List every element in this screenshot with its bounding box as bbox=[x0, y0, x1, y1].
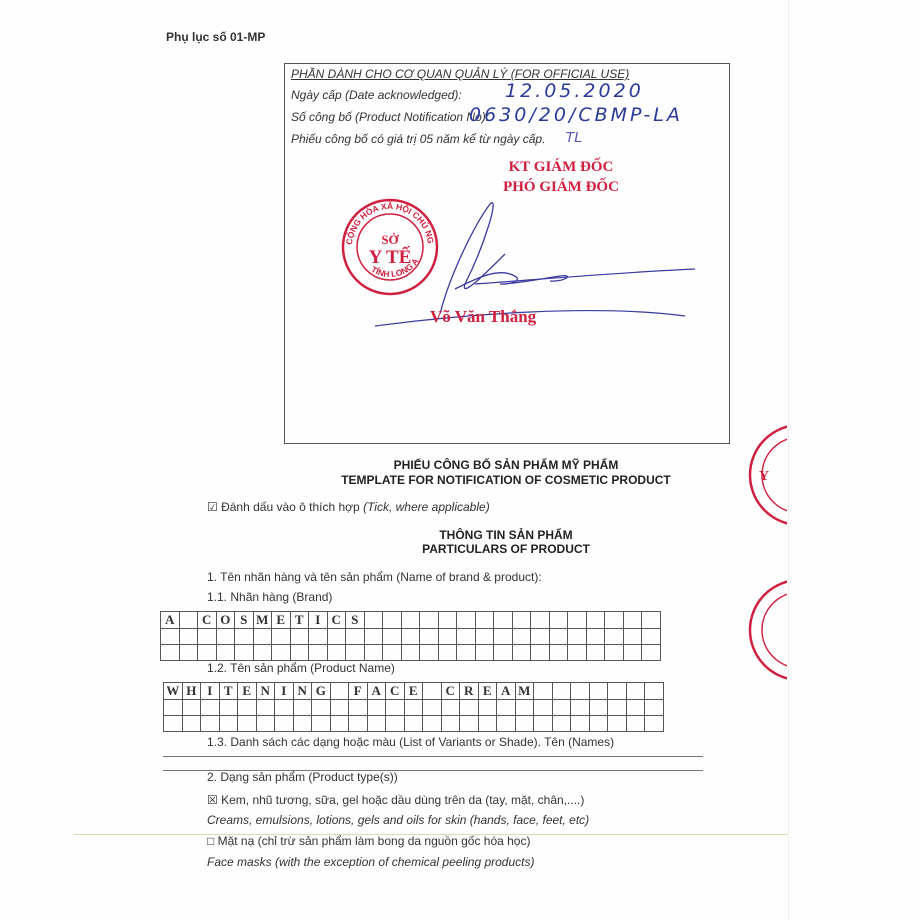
unchecked-box-icon: □ bbox=[207, 834, 214, 848]
grid-cell bbox=[534, 716, 553, 732]
question-1-label: 1. Tên nhãn hàng và tên sản phẩm (Name o… bbox=[207, 570, 542, 584]
grid-cell bbox=[238, 700, 257, 716]
grid-cell bbox=[349, 700, 368, 716]
grid-cell bbox=[571, 716, 590, 732]
grid-cell bbox=[383, 612, 402, 629]
grid-cell bbox=[367, 700, 386, 716]
grid-cell: H bbox=[182, 683, 201, 700]
grid-cell bbox=[494, 645, 513, 661]
grid-cell bbox=[198, 645, 217, 661]
document-page: Phụ lục số 01-MP PHẦN DÀNH CHO CƠ QUAN Q… bbox=[0, 0, 920, 920]
grid-cell bbox=[531, 645, 550, 661]
partial-seal-icon bbox=[745, 575, 787, 685]
grid-cell: I bbox=[201, 683, 220, 700]
grid-cell bbox=[201, 716, 220, 732]
grid-cell bbox=[534, 700, 553, 716]
product-type-option-masks: □ Mặt nạ (chỉ trừ sản phẩm làm bong da n… bbox=[207, 834, 530, 848]
official-use-heading: PHẦN DÀNH CHO CƠ QUAN QUẢN LÝ (FOR OFFIC… bbox=[291, 67, 629, 81]
grid-cell bbox=[364, 612, 383, 629]
grid-cell bbox=[441, 716, 460, 732]
grid-cell: C bbox=[441, 683, 460, 700]
grid-cell bbox=[497, 700, 516, 716]
grid-cell: S bbox=[346, 612, 365, 629]
grid-cell bbox=[586, 612, 605, 629]
grid-cell bbox=[330, 683, 349, 700]
grid-cell bbox=[364, 645, 383, 661]
grid-cell bbox=[179, 612, 198, 629]
grid-cell bbox=[549, 612, 568, 629]
grid-cell bbox=[478, 700, 497, 716]
grid-cell bbox=[626, 716, 645, 732]
grid-cell: T bbox=[290, 612, 309, 629]
grid-cell bbox=[645, 683, 664, 700]
grid-cell: O bbox=[216, 612, 235, 629]
grid-cell bbox=[219, 716, 238, 732]
grid-cell bbox=[164, 700, 183, 716]
grid-cell: M bbox=[253, 612, 272, 629]
grid-cell bbox=[494, 612, 513, 629]
grid-cell bbox=[531, 629, 550, 645]
grid-cell bbox=[571, 683, 590, 700]
grid-cell bbox=[512, 612, 531, 629]
grid-cell: N bbox=[293, 683, 312, 700]
grid-cell bbox=[330, 716, 349, 732]
grid-cell bbox=[312, 700, 331, 716]
grid-cell bbox=[179, 629, 198, 645]
grid-cell bbox=[642, 612, 661, 629]
grid-cell bbox=[346, 645, 365, 661]
grid-cell bbox=[568, 612, 587, 629]
grid-cell bbox=[346, 629, 365, 645]
grid-cell bbox=[290, 629, 309, 645]
product-type-option-creams: ☒ Kem, nhũ tương, sữa, gel hoặc dầu dùng… bbox=[207, 793, 584, 807]
official-use-box: PHẦN DÀNH CHO CƠ QUAN QUẢN LÝ (FOR OFFIC… bbox=[284, 63, 730, 444]
grid-cell bbox=[475, 645, 494, 661]
grid-cell bbox=[420, 645, 439, 661]
grid-cell bbox=[423, 716, 442, 732]
tick-note-vi: ☑ Đánh dấu vào ô thích hợp bbox=[207, 500, 360, 514]
signature-title-1: KT GIÁM ĐỐC bbox=[339, 159, 783, 176]
grid-cell bbox=[383, 629, 402, 645]
grid-cell: W bbox=[164, 683, 183, 700]
signer-name: Võ Văn Thắng bbox=[430, 307, 536, 327]
grid-cell bbox=[512, 629, 531, 645]
grid-cell bbox=[457, 629, 476, 645]
grid-cell bbox=[401, 612, 420, 629]
grid-cell bbox=[312, 716, 331, 732]
signature-icon bbox=[365, 184, 725, 334]
grid-cell bbox=[367, 716, 386, 732]
grid-cell bbox=[216, 629, 235, 645]
grid-cell bbox=[401, 645, 420, 661]
grid-cell bbox=[605, 629, 624, 645]
tick-note: ☑ Đánh dấu vào ô thích hợp (Tick, where … bbox=[207, 500, 490, 514]
validity-note: Phiếu công bố có giá trị 05 năm kể từ ng… bbox=[291, 132, 545, 146]
grid-cell bbox=[275, 716, 294, 732]
grid-cell: A bbox=[497, 683, 516, 700]
grid-cell bbox=[364, 629, 383, 645]
notification-number-value: 0630/20/CBMP-LA bbox=[469, 104, 683, 126]
grid-cell bbox=[549, 629, 568, 645]
grid-cell bbox=[238, 716, 257, 732]
grid-cell bbox=[438, 629, 457, 645]
grid-cell bbox=[198, 629, 217, 645]
grid-cell bbox=[256, 716, 275, 732]
grid-cell bbox=[623, 629, 642, 645]
option-label-en: Face masks (with the exception of chemic… bbox=[207, 855, 535, 869]
grid-cell bbox=[534, 683, 553, 700]
grid-cell bbox=[216, 645, 235, 661]
grid-cell bbox=[586, 645, 605, 661]
grid-cell bbox=[475, 612, 494, 629]
grid-cell bbox=[330, 700, 349, 716]
grid-cell bbox=[201, 700, 220, 716]
grid-cell bbox=[589, 716, 608, 732]
grid-cell bbox=[349, 716, 368, 732]
grid-cell bbox=[568, 645, 587, 661]
grid-cell bbox=[642, 645, 661, 661]
notification-number-label: Số công bố (Product Notification No): bbox=[291, 110, 489, 124]
grid-cell bbox=[401, 629, 420, 645]
option-label-en: Creams, emulsions, lotions, gels and oil… bbox=[207, 813, 589, 827]
appendix-label: Phụ lục số 01-MP bbox=[166, 30, 265, 44]
grid-cell bbox=[235, 645, 254, 661]
grid-cell bbox=[309, 629, 328, 645]
grid-cell: C bbox=[386, 683, 405, 700]
grid-cell bbox=[272, 645, 291, 661]
grid-cell bbox=[623, 645, 642, 661]
grid-cell bbox=[309, 645, 328, 661]
brand-label: 1.1. Nhãn hàng (Brand) bbox=[207, 590, 332, 604]
variants-line-1 bbox=[163, 756, 703, 757]
grid-cell: C bbox=[198, 612, 217, 629]
grid-cell: R bbox=[460, 683, 479, 700]
grid-cell bbox=[626, 683, 645, 700]
grid-cell bbox=[457, 645, 476, 661]
grid-cell bbox=[275, 700, 294, 716]
grid-cell bbox=[179, 645, 198, 661]
grid-cell bbox=[645, 716, 664, 732]
grid-cell bbox=[161, 645, 180, 661]
grid-cell bbox=[420, 629, 439, 645]
grid-cell bbox=[460, 700, 479, 716]
grid-cell: F bbox=[349, 683, 368, 700]
page-edge bbox=[788, 0, 789, 920]
grid-cell bbox=[386, 716, 405, 732]
grid-cell: S bbox=[235, 612, 254, 629]
grid-cell bbox=[161, 629, 180, 645]
grid-cell bbox=[423, 700, 442, 716]
grid-cell: N bbox=[256, 683, 275, 700]
grid-cell bbox=[164, 716, 183, 732]
grid-cell: C bbox=[327, 612, 346, 629]
grid-cell bbox=[608, 700, 627, 716]
grid-cell bbox=[586, 629, 605, 645]
grid-cell bbox=[475, 629, 494, 645]
svg-text:Y: Y bbox=[759, 469, 769, 484]
grid-cell bbox=[626, 700, 645, 716]
tick-note-en: (Tick, where applicable) bbox=[363, 500, 490, 514]
date-acknowledged-value: 12.05.2020 bbox=[505, 80, 644, 102]
grid-cell: I bbox=[309, 612, 328, 629]
grid-cell: E bbox=[238, 683, 257, 700]
grid-cell bbox=[571, 700, 590, 716]
grid-cell bbox=[605, 645, 624, 661]
grid-cell bbox=[515, 716, 534, 732]
grid-cell bbox=[589, 683, 608, 700]
grid-cell: A bbox=[161, 612, 180, 629]
grid-cell bbox=[608, 716, 627, 732]
grid-cell bbox=[327, 629, 346, 645]
checked-box-icon: ☒ bbox=[207, 793, 218, 807]
grid-cell bbox=[386, 700, 405, 716]
grid-cell bbox=[293, 716, 312, 732]
grid-cell bbox=[515, 700, 534, 716]
grid-cell bbox=[438, 645, 457, 661]
option-label-vi: Mặt nạ (chỉ trừ sản phẩm làm bong da ngu… bbox=[218, 834, 531, 848]
grid-cell bbox=[549, 645, 568, 661]
grid-cell bbox=[235, 629, 254, 645]
grid-cell bbox=[512, 645, 531, 661]
grid-cell: A bbox=[367, 683, 386, 700]
grid-cell bbox=[272, 629, 291, 645]
grid-cell: E bbox=[404, 683, 423, 700]
grid-cell: I bbox=[275, 683, 294, 700]
handwritten-initials: TL bbox=[565, 129, 583, 146]
grid-cell bbox=[404, 716, 423, 732]
grid-cell bbox=[441, 700, 460, 716]
grid-cell bbox=[552, 683, 571, 700]
product-name-label: 1.2. Tên sản phẩm (Product Name) bbox=[207, 661, 395, 675]
grid-cell bbox=[460, 716, 479, 732]
grid-cell bbox=[478, 716, 497, 732]
grid-cell bbox=[552, 716, 571, 732]
grid-cell bbox=[182, 716, 201, 732]
grid-cell bbox=[256, 700, 275, 716]
grid-cell bbox=[531, 612, 550, 629]
grid-cell bbox=[568, 629, 587, 645]
grid-cell bbox=[589, 700, 608, 716]
grid-cell bbox=[438, 612, 457, 629]
grid-cell: G bbox=[312, 683, 331, 700]
grid-cell bbox=[420, 612, 439, 629]
grid-cell bbox=[605, 612, 624, 629]
grid-cell bbox=[293, 700, 312, 716]
grid-cell: M bbox=[515, 683, 534, 700]
date-acknowledged-label: Ngày cấp (Date acknowledged): bbox=[291, 88, 462, 102]
grid-cell bbox=[494, 629, 513, 645]
grid-cell bbox=[290, 645, 309, 661]
grid-cell bbox=[642, 629, 661, 645]
product-name-grid: WHITENINGFACECREAM bbox=[163, 682, 664, 732]
variants-label: 1.3. Danh sách các dạng hoặc màu (List o… bbox=[207, 735, 614, 749]
grid-cell bbox=[253, 645, 272, 661]
grid-cell bbox=[552, 700, 571, 716]
grid-cell: T bbox=[219, 683, 238, 700]
grid-cell bbox=[457, 612, 476, 629]
grid-cell bbox=[327, 645, 346, 661]
grid-cell bbox=[645, 700, 664, 716]
grid-cell bbox=[182, 700, 201, 716]
grid-cell: E bbox=[478, 683, 497, 700]
grid-cell bbox=[497, 716, 516, 732]
option-label-vi: Kem, nhũ tương, sữa, gel hoặc dầu dùng t… bbox=[221, 793, 584, 807]
grid-cell bbox=[623, 612, 642, 629]
grid-cell bbox=[383, 645, 402, 661]
grid-cell: E bbox=[272, 612, 291, 629]
partial-seal-icon: Y bbox=[745, 420, 787, 530]
product-type-label: 2. Dạng sản phẩm (Product type(s)) bbox=[207, 770, 398, 784]
grid-cell bbox=[423, 683, 442, 700]
grid-cell bbox=[253, 629, 272, 645]
grid-cell bbox=[219, 700, 238, 716]
grid-cell bbox=[608, 683, 627, 700]
brand-grid: ACOSMETICS bbox=[160, 611, 661, 661]
grid-cell bbox=[404, 700, 423, 716]
